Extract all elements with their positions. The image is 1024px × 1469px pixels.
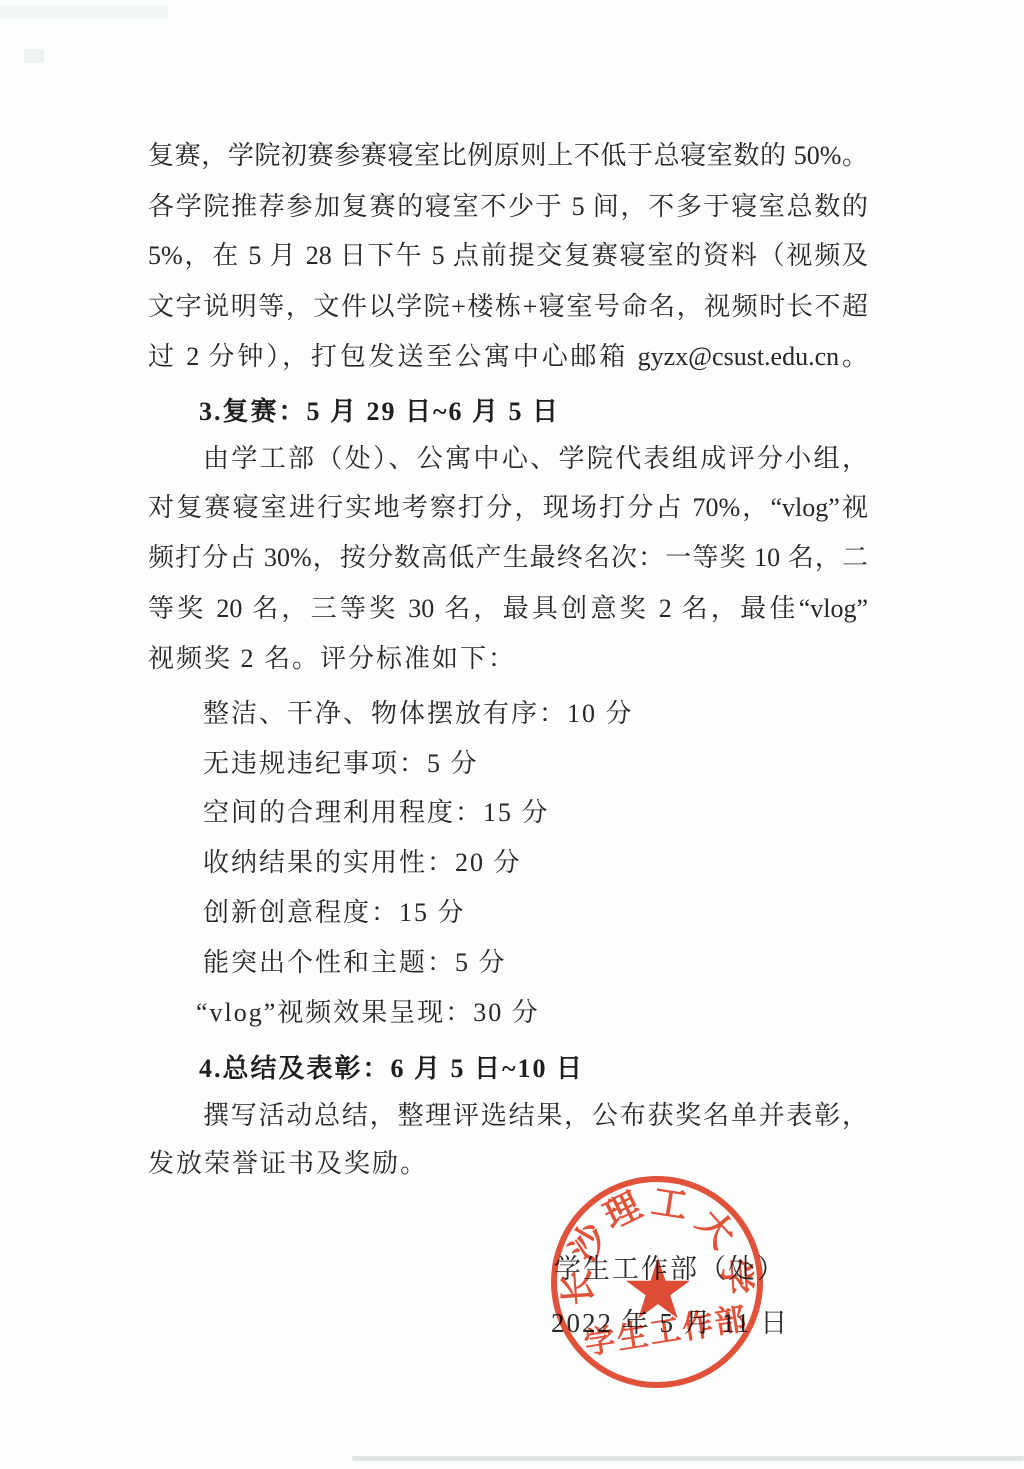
scan-artifact-smudge xyxy=(24,49,44,63)
scanned-notice-page: 复赛，学院初赛参赛寝室比例原则上不低于总寝室数的 50%。 各学院推荐参加复赛的… xyxy=(0,0,1024,1469)
seal-arc-char: 工 xyxy=(649,1183,690,1224)
body-line: 等奖 20 名，三等奖 30 名，最具创意奖 2 名，最佳“vlog” xyxy=(148,591,868,631)
scan-artifact-top xyxy=(0,5,168,19)
criteria-line: 无违规违纪事项：5 分 xyxy=(203,746,479,781)
criteria-line: 创新创意程度：15 分 xyxy=(203,895,466,930)
seal-arc-char: 长 xyxy=(559,1268,597,1306)
body-line: 发放荣誉证书及奖励。 xyxy=(148,1146,428,1181)
criteria-line: 整洁、干净、物体摆放有序：10 分 xyxy=(203,696,634,731)
body-line: 视频奖 2 名。评分标准如下： xyxy=(148,641,516,676)
section-heading-4: 4.总结及表彰：6 月 5 日~10 日 xyxy=(199,1051,584,1086)
section-heading-3: 3.复赛：5 月 29 日~6 月 5 日 xyxy=(199,394,560,429)
body-line: 过 2 分钟），打包发送至公寓中心邮箱 gyzx@csust.edu.cn。 xyxy=(148,339,868,379)
body-line: 撰写活动总结，整理评选结果，公布获奖名单并表彰， xyxy=(203,1098,868,1138)
body-line: 频打分占 30%，按分数高低产生最终名次：一等奖 10 名，二 xyxy=(148,540,868,580)
body-line: 由学工部（处）、公寓中心、学院代表组成评分小组， xyxy=(203,441,868,481)
criteria-line: 收纳结果的实用性：20 分 xyxy=(203,845,522,880)
seal-arc-char: 学 xyxy=(717,1257,755,1295)
body-line: 各学院推荐参加复赛的寝室不少于 5 间，不多于寝室总数的 xyxy=(148,189,868,229)
criteria-line: “vlog”视频效果呈现：30 分 xyxy=(196,995,540,1030)
criteria-line: 空间的合理利用程度：15 分 xyxy=(203,795,550,830)
body-line: 对复赛寝室进行实地考察打分，现场打分占 70%，“vlog”视 xyxy=(148,490,868,530)
criteria-line: 能突出个性和主题：5 分 xyxy=(203,945,507,980)
body-line: 5%，在 5 月 28 日下午 5 点前提交复赛寝室的资料（视频及 xyxy=(148,238,868,278)
body-line: 复赛，学院初赛参赛寝室比例原则上不低于总寝室数的 50%。 xyxy=(148,138,868,178)
scan-artifact-bottom-edge xyxy=(352,1456,1024,1461)
body-line: 文字说明等，文件以学院+楼栋+寝室号命名，视频时长不超 xyxy=(148,289,868,329)
official-seal: 长 沙 理 工 大 学 学生工作部 xyxy=(551,1176,763,1388)
